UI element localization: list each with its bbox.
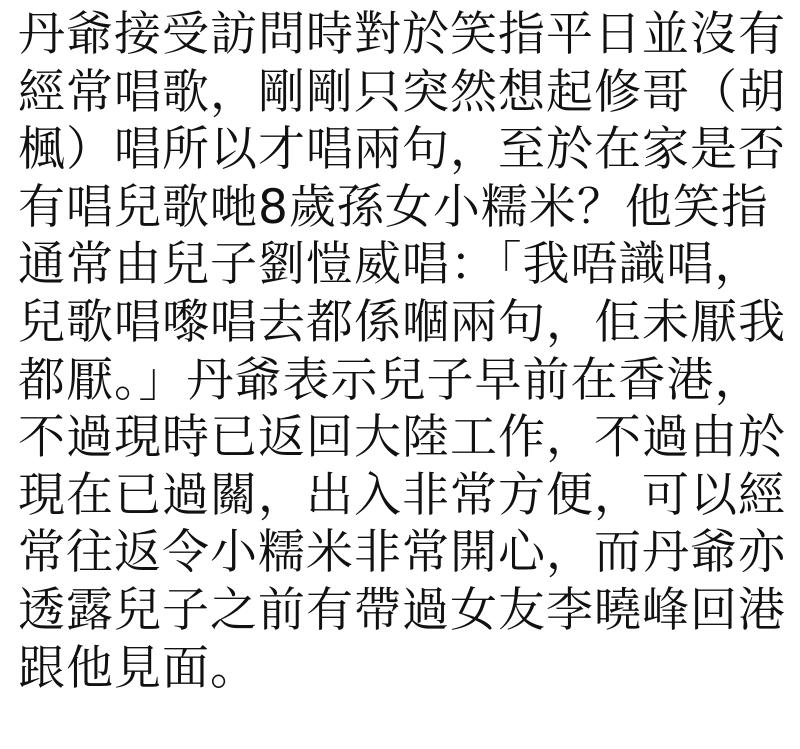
text-line: 通常由兒子劉愷威唱：「我唔識唱， [18,236,798,294]
article-text: 丹爺接受訪問時對於笑指平日並沒有 經常唱歌，剛剛只突然想起修哥（胡 楓）唱所以才… [18,6,798,697]
text-line: 丹爺接受訪問時對於笑指平日並沒有 [18,6,798,64]
text-line: 跟他見面。 [18,640,798,698]
text-line: 常往返令小糯米非常開心，而丹爺亦 [18,524,798,582]
text-line: 有唱兒歌哋8歲孫女小糯米？他笑指 [18,179,798,237]
text-line: 兒歌唱嚟唱去都係嗰兩句，佢未厭我 [18,294,798,352]
text-line: 經常唱歌，剛剛只突然想起修哥（胡 [18,64,798,122]
text-line: 不過現時已返回大陸工作，不過由於 [18,409,798,467]
text-line: 楓）唱所以才唱兩句，至於在家是否 [18,121,798,179]
text-line: 現在已過關，出入非常方便，可以經 [18,467,798,525]
text-line: 都厭。」丹爺表示兒子早前在香港， [18,352,798,410]
text-line: 透露兒子之前有帶過女友李曉峰回港 [18,582,798,640]
